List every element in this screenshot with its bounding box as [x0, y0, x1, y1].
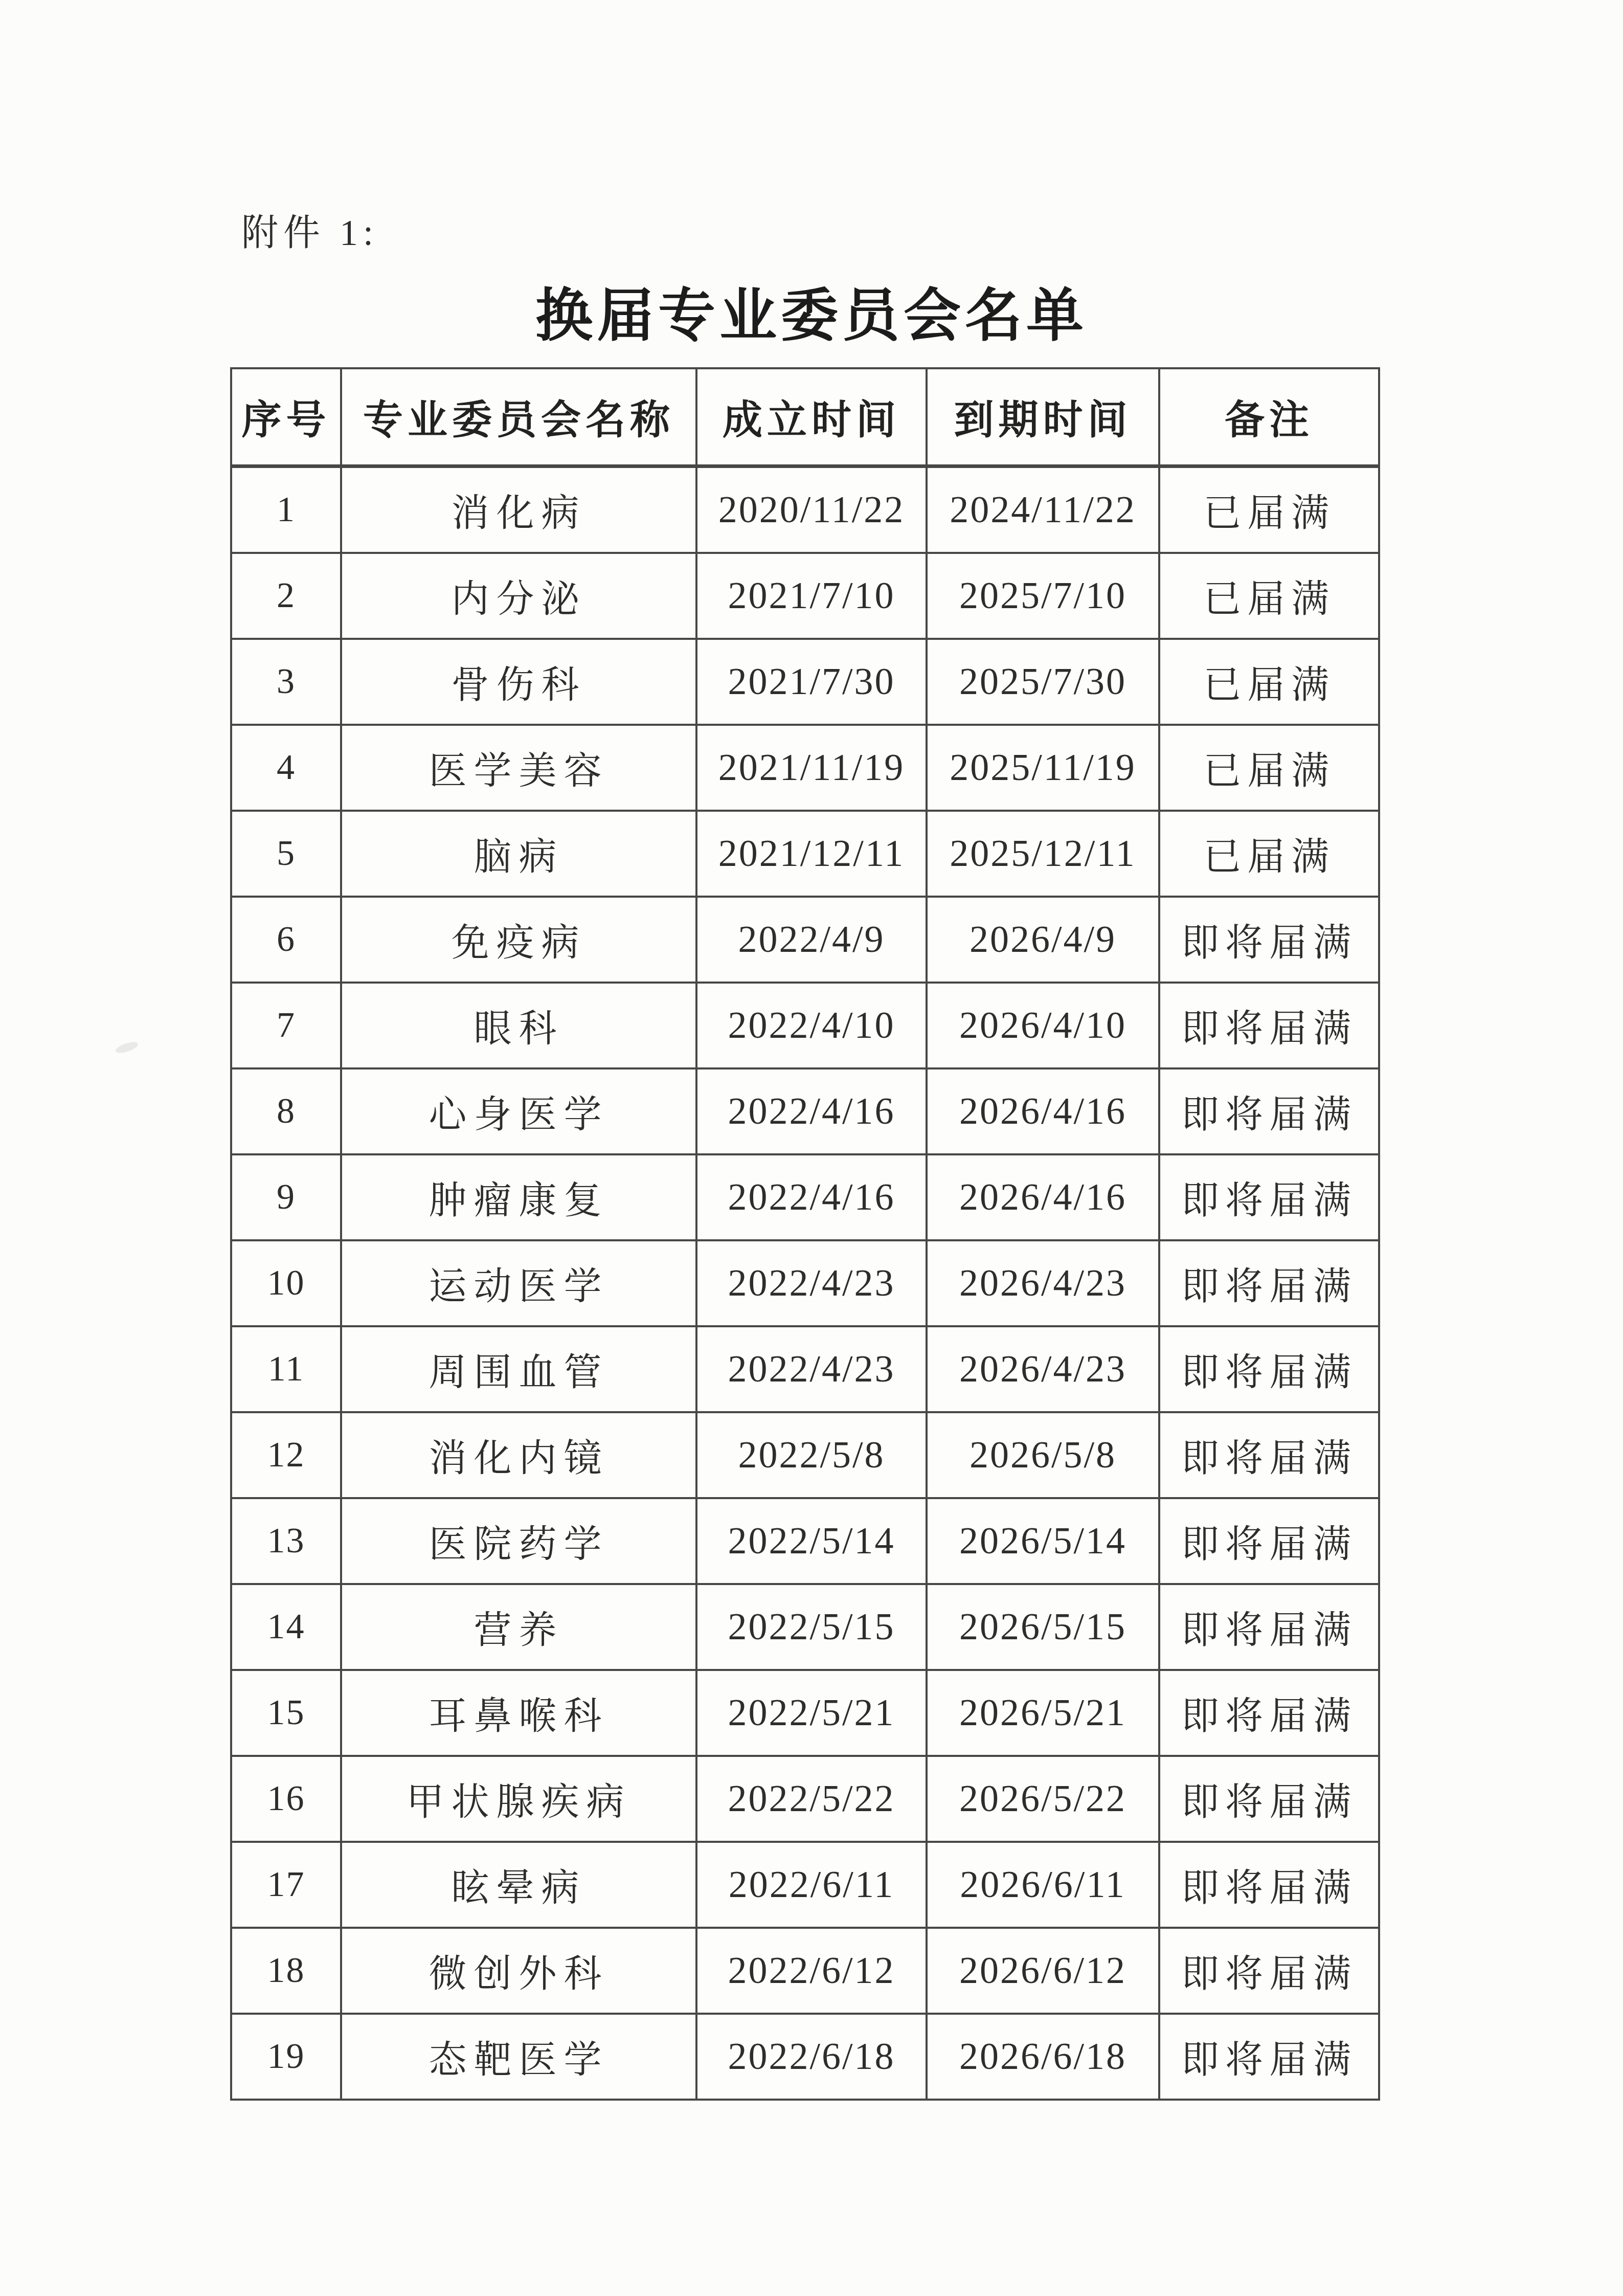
header-cell: 备注	[1159, 368, 1379, 466]
cell-expires: 2025/7/10	[927, 553, 1159, 639]
cell-expires: 2026/4/10	[927, 983, 1159, 1068]
cell-name: 微创外科	[341, 1928, 696, 2014]
cell-index: 8	[231, 1068, 341, 1154]
cell-established: 2022/6/11	[696, 1842, 927, 1928]
cell-expires: 2026/6/18	[927, 2014, 1159, 2100]
cell-name: 耳鼻喉科	[341, 1670, 696, 1756]
cell-name: 消化病	[341, 466, 696, 553]
cell-remark: 已届满	[1159, 553, 1379, 639]
scan-smudge-artifact	[115, 1040, 140, 1055]
cell-remark: 已届满	[1159, 725, 1379, 811]
cell-established: 2022/5/15	[696, 1584, 927, 1670]
cell-index: 11	[231, 1326, 341, 1412]
cell-expires: 2025/11/19	[927, 725, 1159, 811]
cell-established: 2022/4/9	[696, 897, 927, 983]
cell-name: 眩晕病	[341, 1842, 696, 1928]
table-row: 9肿瘤康复2022/4/162026/4/16即将届满	[231, 1154, 1379, 1240]
cell-name: 心身医学	[341, 1068, 696, 1154]
cell-index: 9	[231, 1154, 341, 1240]
cell-name: 眼科	[341, 983, 696, 1068]
cell-expires: 2026/4/23	[927, 1326, 1159, 1412]
cell-expires: 2024/11/22	[927, 466, 1159, 553]
cell-index: 12	[231, 1412, 341, 1498]
cell-expires: 2026/4/16	[927, 1068, 1159, 1154]
cell-expires: 2026/5/22	[927, 1756, 1159, 1842]
cell-established: 2021/12/11	[696, 811, 927, 897]
cell-remark: 即将届满	[1159, 1498, 1379, 1584]
cell-name: 运动医学	[341, 1240, 696, 1326]
cell-established: 2022/5/22	[696, 1756, 927, 1842]
cell-remark: 即将届满	[1159, 1670, 1379, 1756]
cell-remark: 即将届满	[1159, 1068, 1379, 1154]
cell-remark: 即将届满	[1159, 1756, 1379, 1842]
cell-name: 医学美容	[341, 725, 696, 811]
cell-name: 周围血管	[341, 1326, 696, 1412]
cell-established: 2022/5/8	[696, 1412, 927, 1498]
table-row: 15耳鼻喉科2022/5/212026/5/21即将届满	[231, 1670, 1379, 1756]
attachment-label: 附件 1:	[241, 203, 378, 256]
table-header-row: 序号专业委员会名称成立时间到期时间备注	[231, 368, 1379, 466]
table-row: 1消化病2020/11/222024/11/22已届满	[231, 466, 1379, 553]
cell-remark: 即将届满	[1159, 897, 1379, 983]
table-row: 6免疫病2022/4/92026/4/9即将届满	[231, 897, 1379, 983]
cell-remark: 即将届满	[1159, 1326, 1379, 1412]
cell-index: 10	[231, 1240, 341, 1326]
cell-established: 2022/6/12	[696, 1928, 927, 2014]
table-body: 1消化病2020/11/222024/11/22已届满2内分泌2021/7/10…	[231, 466, 1379, 2100]
cell-established: 2020/11/22	[696, 466, 927, 553]
table-row: 19态靶医学2022/6/182026/6/18即将届满	[231, 2014, 1379, 2100]
cell-index: 3	[231, 639, 341, 725]
cell-established: 2022/5/21	[696, 1670, 927, 1756]
cell-expires: 2026/5/8	[927, 1412, 1159, 1498]
cell-remark: 即将届满	[1159, 1240, 1379, 1326]
cell-expires: 2026/5/21	[927, 1670, 1159, 1756]
cell-index: 14	[231, 1584, 341, 1670]
cell-name: 消化内镜	[341, 1412, 696, 1498]
cell-index: 13	[231, 1498, 341, 1584]
table-row: 8心身医学2022/4/162026/4/16即将届满	[231, 1068, 1379, 1154]
cell-expires: 2025/12/11	[927, 811, 1159, 897]
cell-name: 脑病	[341, 811, 696, 897]
cell-remark: 已届满	[1159, 639, 1379, 725]
cell-index: 15	[231, 1670, 341, 1756]
cell-established: 2022/4/23	[696, 1240, 927, 1326]
scanned-document-page: 附件 1: 换届专业委员会名单 序号专业委员会名称成立时间到期时间备注 1消化病…	[0, 0, 1623, 2296]
committee-table: 序号专业委员会名称成立时间到期时间备注 1消化病2020/11/222024/1…	[230, 367, 1380, 2101]
cell-expires: 2026/4/9	[927, 897, 1159, 983]
cell-expires: 2026/4/23	[927, 1240, 1159, 1326]
cell-index: 19	[231, 2014, 341, 2100]
cell-remark: 即将届满	[1159, 1584, 1379, 1670]
cell-expires: 2026/4/16	[927, 1154, 1159, 1240]
cell-name: 医院药学	[341, 1498, 696, 1584]
cell-established: 2022/6/18	[696, 2014, 927, 2100]
table-row: 12消化内镜2022/5/82026/5/8即将届满	[231, 1412, 1379, 1498]
table-row: 14营养2022/5/152026/5/15即将届满	[231, 1584, 1379, 1670]
cell-remark: 已届满	[1159, 811, 1379, 897]
cell-expires: 2026/6/11	[927, 1842, 1159, 1928]
header-cell: 到期时间	[927, 368, 1159, 466]
cell-remark: 即将届满	[1159, 2014, 1379, 2100]
table-row: 2内分泌2021/7/102025/7/10已届满	[231, 553, 1379, 639]
cell-remark: 即将届满	[1159, 983, 1379, 1068]
table-row: 17眩晕病2022/6/112026/6/11即将届满	[231, 1842, 1379, 1928]
cell-remark: 即将届满	[1159, 1842, 1379, 1928]
table-row: 13医院药学2022/5/142026/5/14即将届满	[231, 1498, 1379, 1584]
header-cell: 序号	[231, 368, 341, 466]
cell-index: 18	[231, 1928, 341, 2014]
cell-remark: 已届满	[1159, 466, 1379, 553]
cell-established: 2022/4/23	[696, 1326, 927, 1412]
cell-name: 内分泌	[341, 553, 696, 639]
cell-remark: 即将届满	[1159, 1154, 1379, 1240]
table-row: 4医学美容2021/11/192025/11/19已届满	[231, 725, 1379, 811]
cell-established: 2022/4/10	[696, 983, 927, 1068]
table-row: 18微创外科2022/6/122026/6/12即将届满	[231, 1928, 1379, 2014]
cell-name: 肿瘤康复	[341, 1154, 696, 1240]
cell-established: 2022/4/16	[696, 1068, 927, 1154]
header-cell: 专业委员会名称	[341, 368, 696, 466]
cell-expires: 2026/5/15	[927, 1584, 1159, 1670]
cell-expires: 2025/7/30	[927, 639, 1159, 725]
cell-index: 16	[231, 1756, 341, 1842]
cell-name: 营养	[341, 1584, 696, 1670]
header-cell: 成立时间	[696, 368, 927, 466]
cell-index: 2	[231, 553, 341, 639]
table-row: 16甲状腺疾病2022/5/222026/5/22即将届满	[231, 1756, 1379, 1842]
table-row: 11周围血管2022/4/232026/4/23即将届满	[231, 1326, 1379, 1412]
cell-name: 甲状腺疾病	[341, 1756, 696, 1842]
table-row: 3骨伤科2021/7/302025/7/30已届满	[231, 639, 1379, 725]
page-title: 换届专业委员会名单	[0, 270, 1623, 352]
cell-established: 2022/5/14	[696, 1498, 927, 1584]
cell-name: 免疫病	[341, 897, 696, 983]
cell-index: 6	[231, 897, 341, 983]
table-row: 7眼科2022/4/102026/4/10即将届满	[231, 983, 1379, 1068]
cell-remark: 即将届满	[1159, 1928, 1379, 2014]
cell-index: 4	[231, 725, 341, 811]
cell-established: 2022/4/16	[696, 1154, 927, 1240]
cell-expires: 2026/6/12	[927, 1928, 1159, 2014]
cell-index: 5	[231, 811, 341, 897]
cell-established: 2021/7/10	[696, 553, 927, 639]
cell-remark: 即将届满	[1159, 1412, 1379, 1498]
table-row: 10运动医学2022/4/232026/4/23即将届满	[231, 1240, 1379, 1326]
cell-index: 1	[231, 466, 341, 553]
cell-expires: 2026/5/14	[927, 1498, 1159, 1584]
cell-index: 7	[231, 983, 341, 1068]
table-row: 5脑病2021/12/112025/12/11已届满	[231, 811, 1379, 897]
cell-established: 2021/11/19	[696, 725, 927, 811]
cell-name: 态靶医学	[341, 2014, 696, 2100]
cell-index: 17	[231, 1842, 341, 1928]
cell-established: 2021/7/30	[696, 639, 927, 725]
cell-name: 骨伤科	[341, 639, 696, 725]
